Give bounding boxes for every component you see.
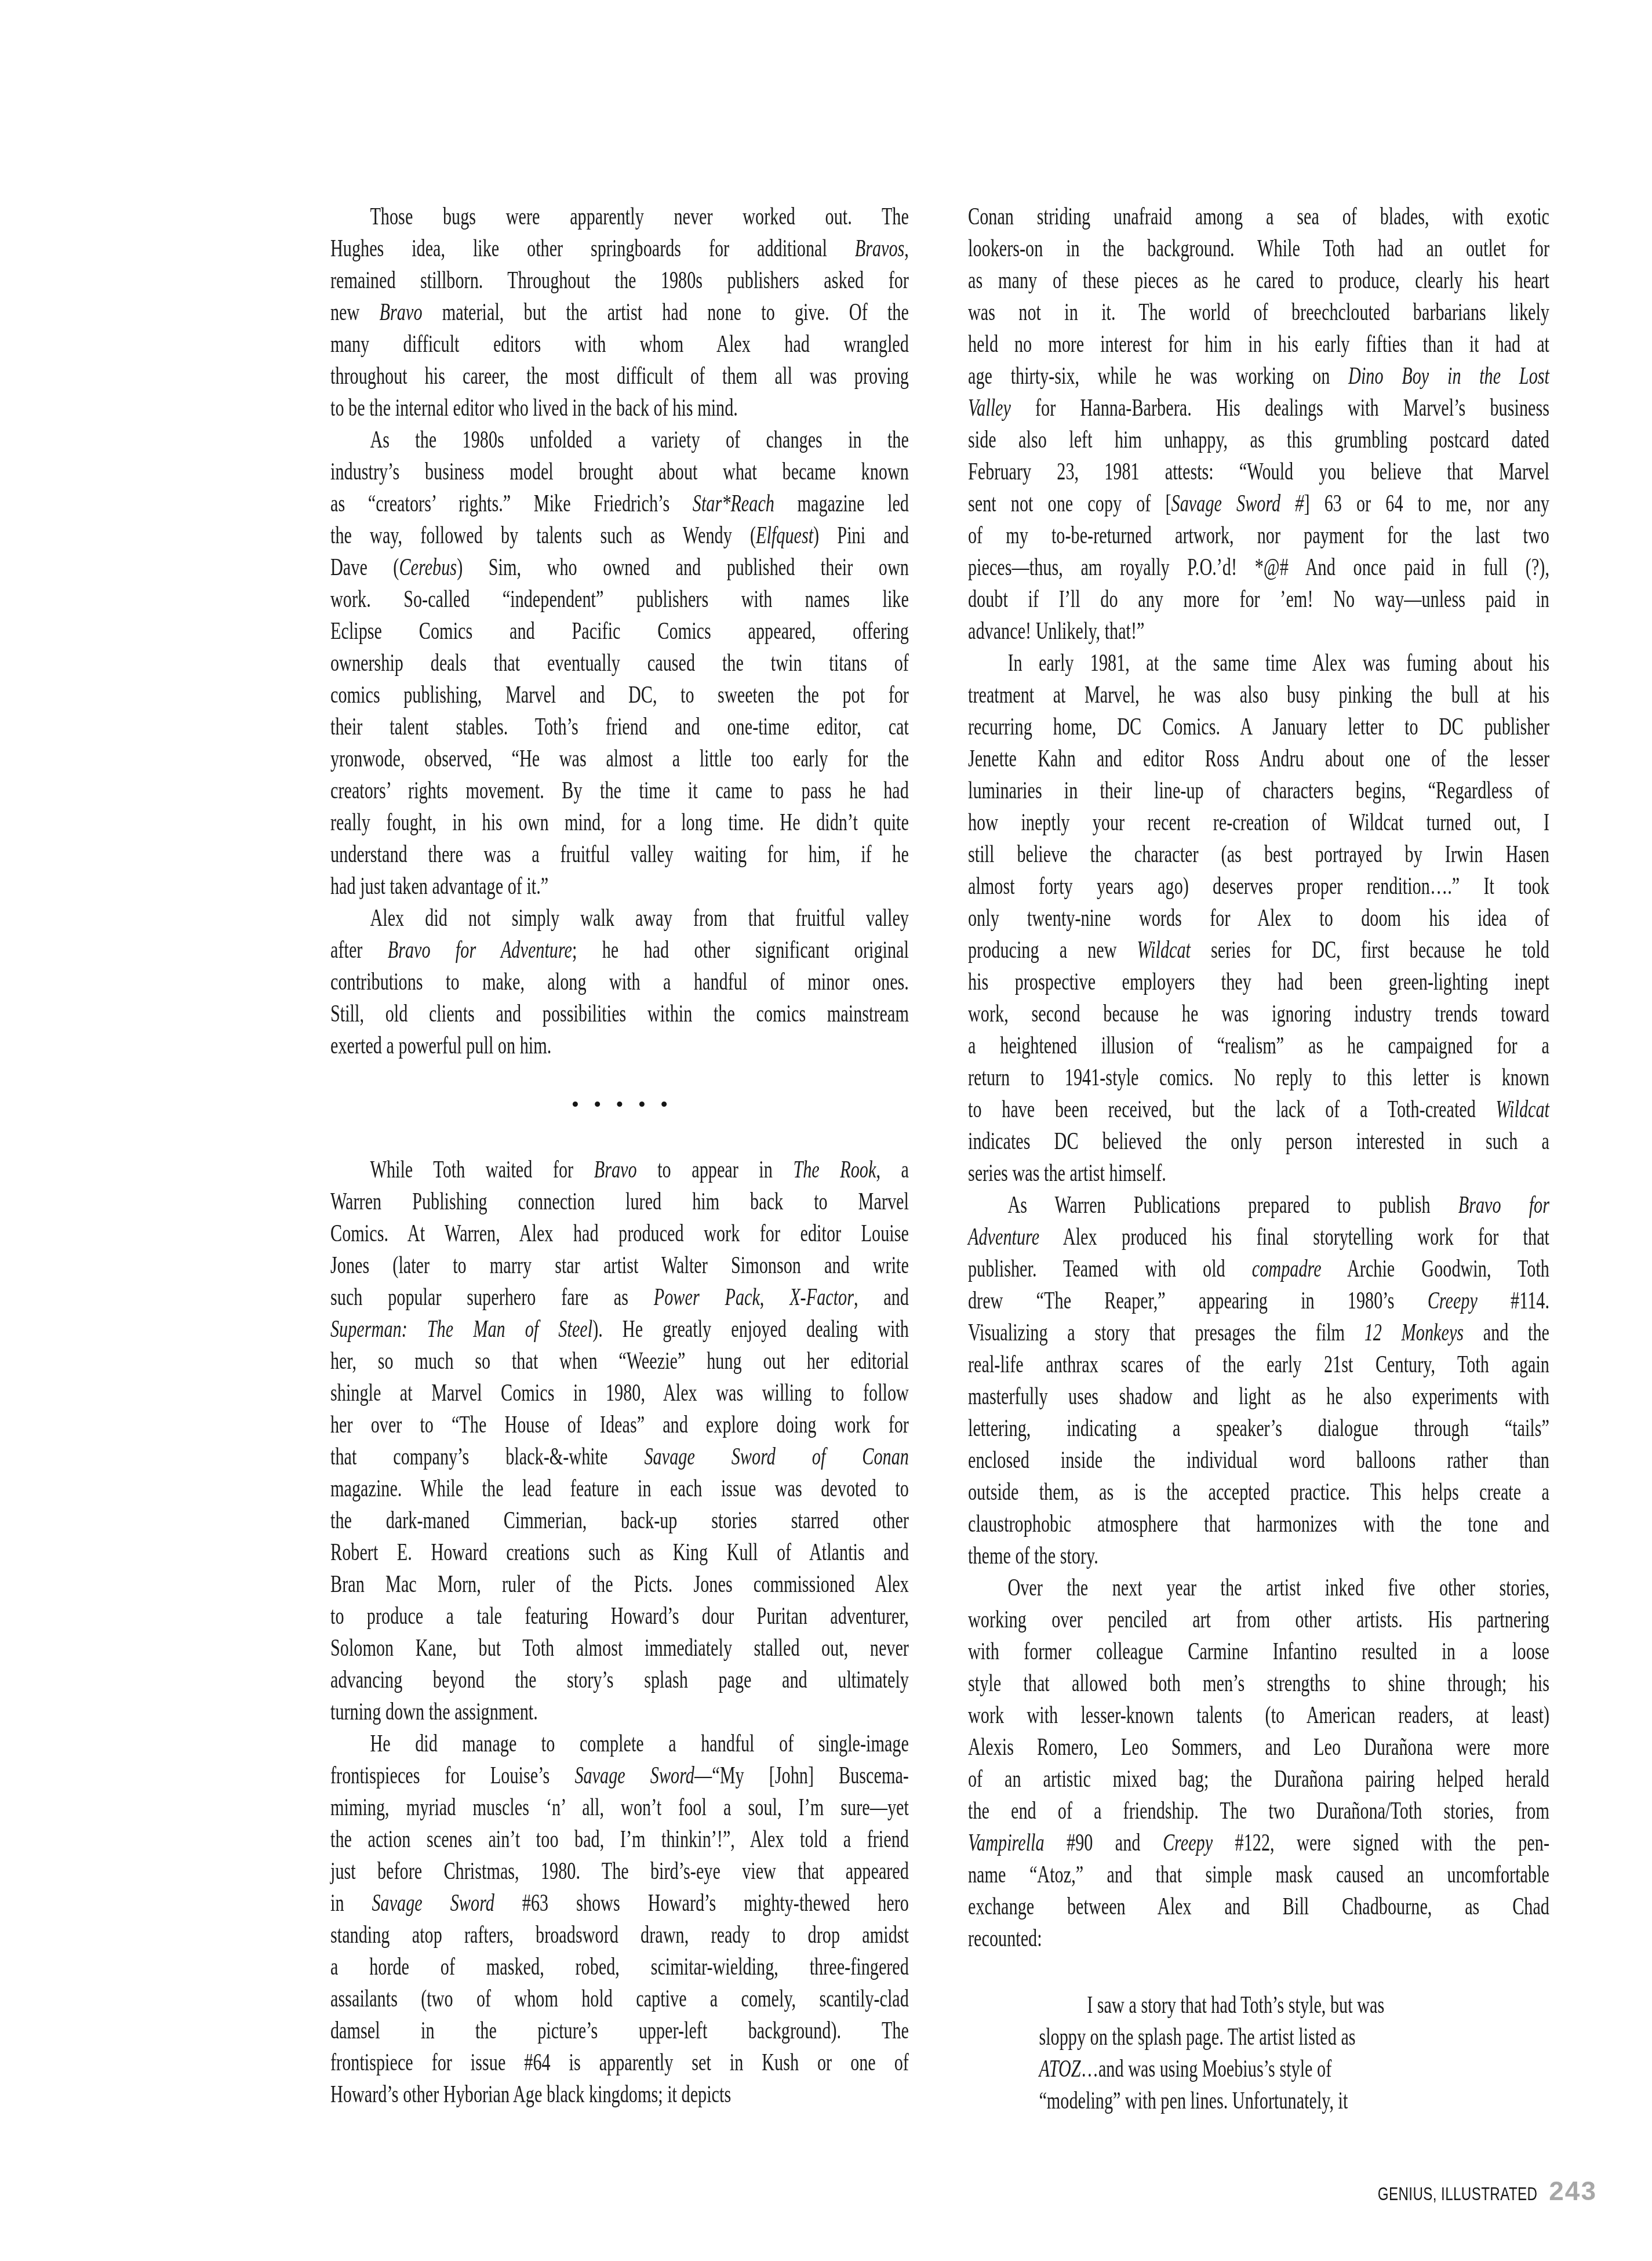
text-line: ownership deals that eventually caused t… bbox=[330, 648, 909, 679]
paragraph: He did manage to complete a handful of s… bbox=[330, 1728, 909, 2111]
text-line: While Toth waited for Bravo to appear in… bbox=[330, 1154, 909, 1186]
text-line: return to 1941-style comics. No reply to… bbox=[968, 1062, 1549, 1094]
text-line: exchange between Alex and Bill Chadbourn… bbox=[968, 1891, 1549, 1923]
text-line: lettering, indicating a speaker’s dialog… bbox=[968, 1413, 1549, 1445]
text-line: Visualizing a story that presages the fi… bbox=[968, 1317, 1549, 1349]
text-line: series was the artist himself. bbox=[968, 1158, 1549, 1190]
text-line: February 23, 1981 attests: “Would you be… bbox=[968, 456, 1549, 488]
text-line: sloppy on the splash page. The artist li… bbox=[968, 2022, 1620, 2053]
text-line: He did manage to complete a handful of s… bbox=[330, 1728, 909, 1760]
text-line: producing a new Wildcat series for DC, f… bbox=[968, 935, 1549, 966]
paragraph: Alex did not simply walk away from that … bbox=[330, 903, 909, 1062]
text-line: age thirty-six, while he was working on … bbox=[968, 361, 1549, 392]
text-line: assailants (two of whom hold captive a c… bbox=[330, 1983, 909, 2015]
text-line: miming, myriad muscles ‘n’ all, won’t fo… bbox=[330, 1792, 909, 1824]
text-line: the action scenes ain’t too bad, I’m thi… bbox=[330, 1824, 909, 1856]
text-line: Howard’s other Hyborian Age black kingdo… bbox=[330, 2079, 909, 2111]
text-line: their talent stables. Toth’s friend and … bbox=[330, 711, 909, 743]
text-line: doubt if I’ll do any more for ’em! No wa… bbox=[968, 584, 1549, 616]
text-line: his prospective employers they had been … bbox=[968, 966, 1549, 998]
text-line: creators’ rights movement. By the time i… bbox=[330, 775, 909, 807]
text-line: Conan striding unafraid among a sea of b… bbox=[968, 201, 1549, 233]
text-line: publisher. Teamed with old compadre Arch… bbox=[968, 1253, 1549, 1285]
text-line: only twenty-nine words for Alex to doom … bbox=[968, 903, 1549, 935]
paragraph: Conan striding unafraid among a sea of b… bbox=[968, 201, 1549, 648]
text-line: in Savage Sword #63 shows Howard’s might… bbox=[330, 1888, 909, 1920]
paragraph: Over the next year the artist inked five… bbox=[968, 1572, 1549, 1955]
text-line: a horde of masked, robed, scimitar-wield… bbox=[330, 1951, 909, 1983]
text-line: of an artistic mixed bag; the Durañona p… bbox=[968, 1764, 1549, 1795]
text-line: Jenette Kahn and editor Ross Andru about… bbox=[968, 743, 1549, 775]
text-line: Solomon Kane, but Toth almost immediatel… bbox=[330, 1633, 909, 1664]
text-line: real-life anthrax scares of the early 21… bbox=[968, 1349, 1549, 1381]
text-line: enclosed inside the individual word ball… bbox=[968, 1445, 1549, 1477]
text-line: her, so much so that when “Weezie” hung … bbox=[330, 1346, 909, 1377]
book-title: GENIUS, ILLUSTRATED bbox=[1378, 2184, 1538, 2205]
text-line: Bran Mac Morn, ruler of the Picts. Jones… bbox=[330, 1569, 909, 1601]
text-line: claustrophobic atmosphere that harmonize… bbox=[968, 1508, 1549, 1540]
text-line: work, second because he was ignoring ind… bbox=[968, 998, 1549, 1030]
text-line: that company’s black-&-white Savage Swor… bbox=[330, 1441, 909, 1473]
text-line: Eclipse Comics and Pacific Comics appear… bbox=[330, 616, 909, 648]
text-line: Robert E. Howard creations such as King … bbox=[330, 1537, 909, 1569]
text-line: advancing beyond the story’s splash page… bbox=[330, 1664, 909, 1696]
text-line: Those bugs were apparently never worked … bbox=[330, 201, 909, 233]
paragraph: While Toth waited for Bravo to appear in… bbox=[330, 1154, 909, 1728]
block-quote: I saw a story that had Toth’s style, but… bbox=[968, 1990, 1549, 2117]
text-line: Hughes idea, like other springboards for… bbox=[330, 233, 909, 265]
text-line: work with lesser-known talents (to Ameri… bbox=[968, 1700, 1549, 1732]
text-line: damsel in the picture’s upper-left backg… bbox=[330, 2015, 909, 2047]
paragraph: As the 1980s unfolded a variety of chang… bbox=[330, 424, 909, 903]
text-column-left: Those bugs were apparently never worked … bbox=[330, 201, 909, 2111]
text-line: to have been received, but the lack of a… bbox=[968, 1094, 1549, 1126]
text-line: recounted: bbox=[968, 1923, 1549, 1955]
text-column-right: Conan striding unafraid among a sea of b… bbox=[968, 201, 1549, 2117]
paragraph: In early 1981, at the same time Alex was… bbox=[968, 648, 1549, 1190]
text-line: almost forty years ago) deserves proper … bbox=[968, 871, 1549, 903]
text-line: how ineptly your recent re-creation of W… bbox=[968, 807, 1549, 839]
text-line: Adventure Alex produced his final storyt… bbox=[968, 1222, 1549, 1253]
text-line: new Bravo material, but the artist had n… bbox=[330, 297, 909, 329]
text-line: shingle at Marvel Comics in 1980, Alex w… bbox=[330, 1377, 909, 1409]
text-line: standing atop rafters, broadsword drawn,… bbox=[330, 1920, 909, 1951]
text-line: sent not one copy of [Savage Sword #] 63… bbox=[968, 488, 1549, 520]
text-line: understand there was a fruitful valley w… bbox=[330, 839, 909, 871]
text-line: frontispieces for Louise’s Savage Sword—… bbox=[330, 1760, 909, 1792]
text-line: working over penciled art from other art… bbox=[968, 1604, 1549, 1636]
text-line: was not in it. The world of breechcloute… bbox=[968, 297, 1549, 329]
text-line: I saw a story that had Toth’s style, but… bbox=[968, 1990, 1620, 2022]
text-line: side also left him unhappy, as this grum… bbox=[968, 424, 1549, 456]
text-line: name “Atoz,” and that simple mask caused… bbox=[968, 1859, 1549, 1891]
text-line: Alex did not simply walk away from that … bbox=[330, 903, 909, 935]
text-line: contributions to make, along with a hand… bbox=[330, 966, 909, 998]
text-line: with former colleague Carmine Infantino … bbox=[968, 1636, 1549, 1668]
text-line: Still, old clients and possibilities wit… bbox=[330, 998, 909, 1030]
text-line: Over the next year the artist inked five… bbox=[968, 1572, 1549, 1604]
text-line: really fought, in his own mind, for a lo… bbox=[330, 807, 909, 839]
text-line: pieces—thus, am royally P.O.’d! *@# And … bbox=[968, 552, 1549, 584]
text-line: masterfully uses shadow and light as he … bbox=[968, 1381, 1549, 1413]
text-line: turning down the assignment. bbox=[330, 1696, 909, 1728]
text-line: work. So-called “independent” publishers… bbox=[330, 584, 909, 616]
book-page: Those bugs were apparently never worked … bbox=[0, 0, 1652, 2261]
text-line: had just taken advantage of it.” bbox=[330, 871, 909, 903]
text-line: to be the internal editor who lived in t… bbox=[330, 392, 909, 424]
text-line: frontispiece for issue #64 is apparently… bbox=[330, 2047, 909, 2079]
text-line: luminaries in their line-up of character… bbox=[968, 775, 1549, 807]
text-line: outside them, as is the accepted practic… bbox=[968, 1477, 1549, 1508]
text-line: such popular superhero fare as Power Pac… bbox=[330, 1282, 909, 1314]
text-line: after Bravo for Adventure; he had other … bbox=[330, 935, 909, 966]
text-line: just before Christmas, 1980. The bird’s-… bbox=[330, 1856, 909, 1888]
text-line: still believe the character (as best por… bbox=[968, 839, 1549, 871]
text-line: Comics. At Warren, Alex had produced wor… bbox=[330, 1218, 909, 1250]
text-line: Jones (later to marry star artist Walter… bbox=[330, 1250, 909, 1282]
text-line: As Warren Publications prepared to publi… bbox=[968, 1190, 1549, 1222]
text-line: Alexis Romero, Leo Sommers, and Leo Dura… bbox=[968, 1732, 1549, 1764]
text-line: theme of the story. bbox=[968, 1540, 1549, 1572]
text-line: yronwode, observed, “He was almost a lit… bbox=[330, 743, 909, 775]
text-line: advance! Unlikely, that!” bbox=[968, 616, 1549, 648]
text-line: drew “The Reaper,” appearing in 1980’s C… bbox=[968, 1285, 1549, 1317]
text-line: indicates DC believed the only person in… bbox=[968, 1126, 1549, 1158]
text-line: As the 1980s unfolded a variety of chang… bbox=[330, 424, 909, 456]
text-line: of my to-be-returned artwork, nor paymen… bbox=[968, 520, 1549, 552]
text-line: to produce a tale featuring Howard’s dou… bbox=[330, 1601, 909, 1633]
text-line: magazine. While the lead feature in each… bbox=[330, 1473, 909, 1505]
text-line: recurring home, DC Comics. A January let… bbox=[968, 711, 1549, 743]
text-line: her over to “The House of Ideas” and exp… bbox=[330, 1409, 909, 1441]
text-line: Valley for Hanna-Barbera. His dealings w… bbox=[968, 392, 1549, 424]
text-line: treatment at Marvel, he was also busy pi… bbox=[968, 679, 1549, 711]
text-line: as “creators’ rights.” Mike Friedrich’s … bbox=[330, 488, 909, 520]
text-line: industry’s business model brought about … bbox=[330, 456, 909, 488]
paragraph: Those bugs were apparently never worked … bbox=[330, 201, 909, 424]
text-line: comics publishing, Marvel and DC, to swe… bbox=[330, 679, 909, 711]
text-line: a heightened illusion of “realism” as he… bbox=[968, 1030, 1549, 1062]
text-line: ATOZ…and was using Moebius’s style of bbox=[968, 2053, 1620, 2085]
text-line: the way, followed by talents such as Wen… bbox=[330, 520, 909, 552]
page-number: 243 bbox=[1549, 2175, 1597, 2207]
text-line: as many of these pieces as he cared to p… bbox=[968, 265, 1549, 297]
text-line: “modeling” with pen lines. Unfortunately… bbox=[968, 2085, 1620, 2117]
text-line: many difficult editors with whom Alex ha… bbox=[330, 329, 909, 361]
text-line: lookers-on in the background. While Toth… bbox=[968, 233, 1549, 265]
text-line: held no more interest for him in his ear… bbox=[968, 329, 1549, 361]
text-line: remained stillborn. Throughout the 1980s… bbox=[330, 265, 909, 297]
text-line: style that allowed both men’s strengths … bbox=[968, 1668, 1549, 1700]
text-line: Vampirella #90 and Creepy #122, were sig… bbox=[968, 1827, 1549, 1859]
text-line: exerted a powerful pull on him. bbox=[330, 1030, 909, 1062]
paragraph: As Warren Publications prepared to publi… bbox=[968, 1190, 1549, 1572]
text-line: throughout his career, the most difficul… bbox=[330, 361, 909, 392]
text-line: the end of a friendship. The two Durañon… bbox=[968, 1795, 1549, 1827]
text-line: the dark-maned Cimmerian, back-up storie… bbox=[330, 1505, 909, 1537]
section-separator: ••••• bbox=[330, 1092, 909, 1124]
text-line: Dave (Cerebus) Sim, who owned and publis… bbox=[330, 552, 909, 584]
text-line: In early 1981, at the same time Alex was… bbox=[968, 648, 1549, 679]
text-line: Superman: The Man of Steel). He greatly … bbox=[330, 1314, 909, 1346]
text-line: Warren Publishing connection lured him b… bbox=[330, 1186, 909, 1218]
page-footer: GENIUS, ILLUSTRATED 243 bbox=[1333, 2175, 1597, 2207]
